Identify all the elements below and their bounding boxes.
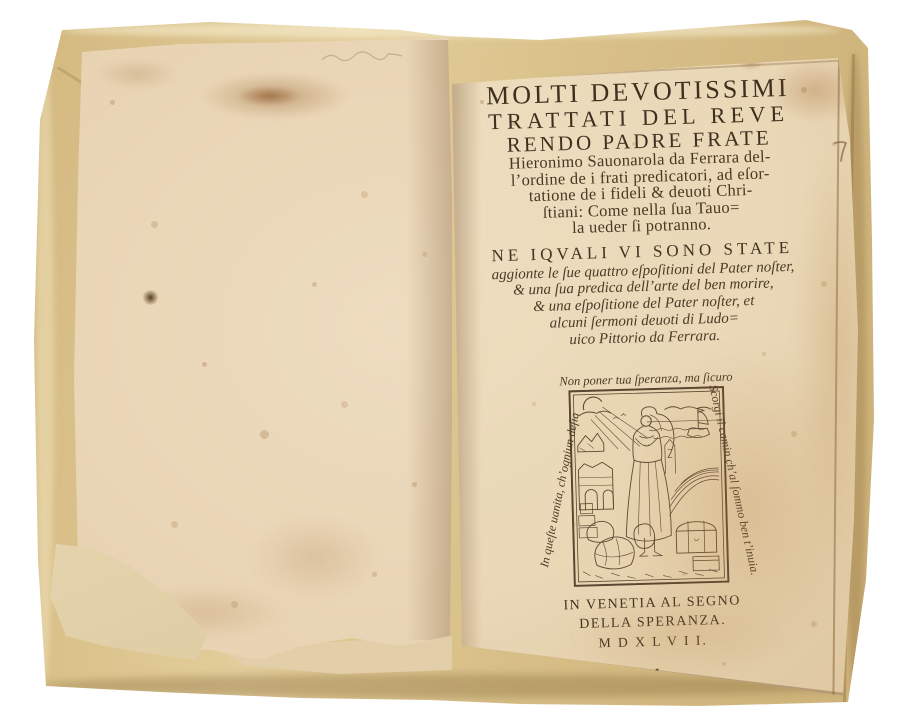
gutter-shadow xyxy=(406,40,452,640)
stain xyxy=(250,515,380,600)
ink-spot xyxy=(142,290,159,305)
marginal-ink-mark xyxy=(833,140,849,164)
cover-left-highlight xyxy=(36,40,54,680)
foxing-spots xyxy=(110,100,115,105)
stain xyxy=(95,58,180,90)
stain xyxy=(238,86,300,106)
faint-pencil-scribble xyxy=(320,48,430,66)
book-photograph: MOLTI DEVOTISSIMI TRATTATI DEL REVE REND… xyxy=(0,0,900,727)
cover-top-highlight xyxy=(60,22,840,38)
